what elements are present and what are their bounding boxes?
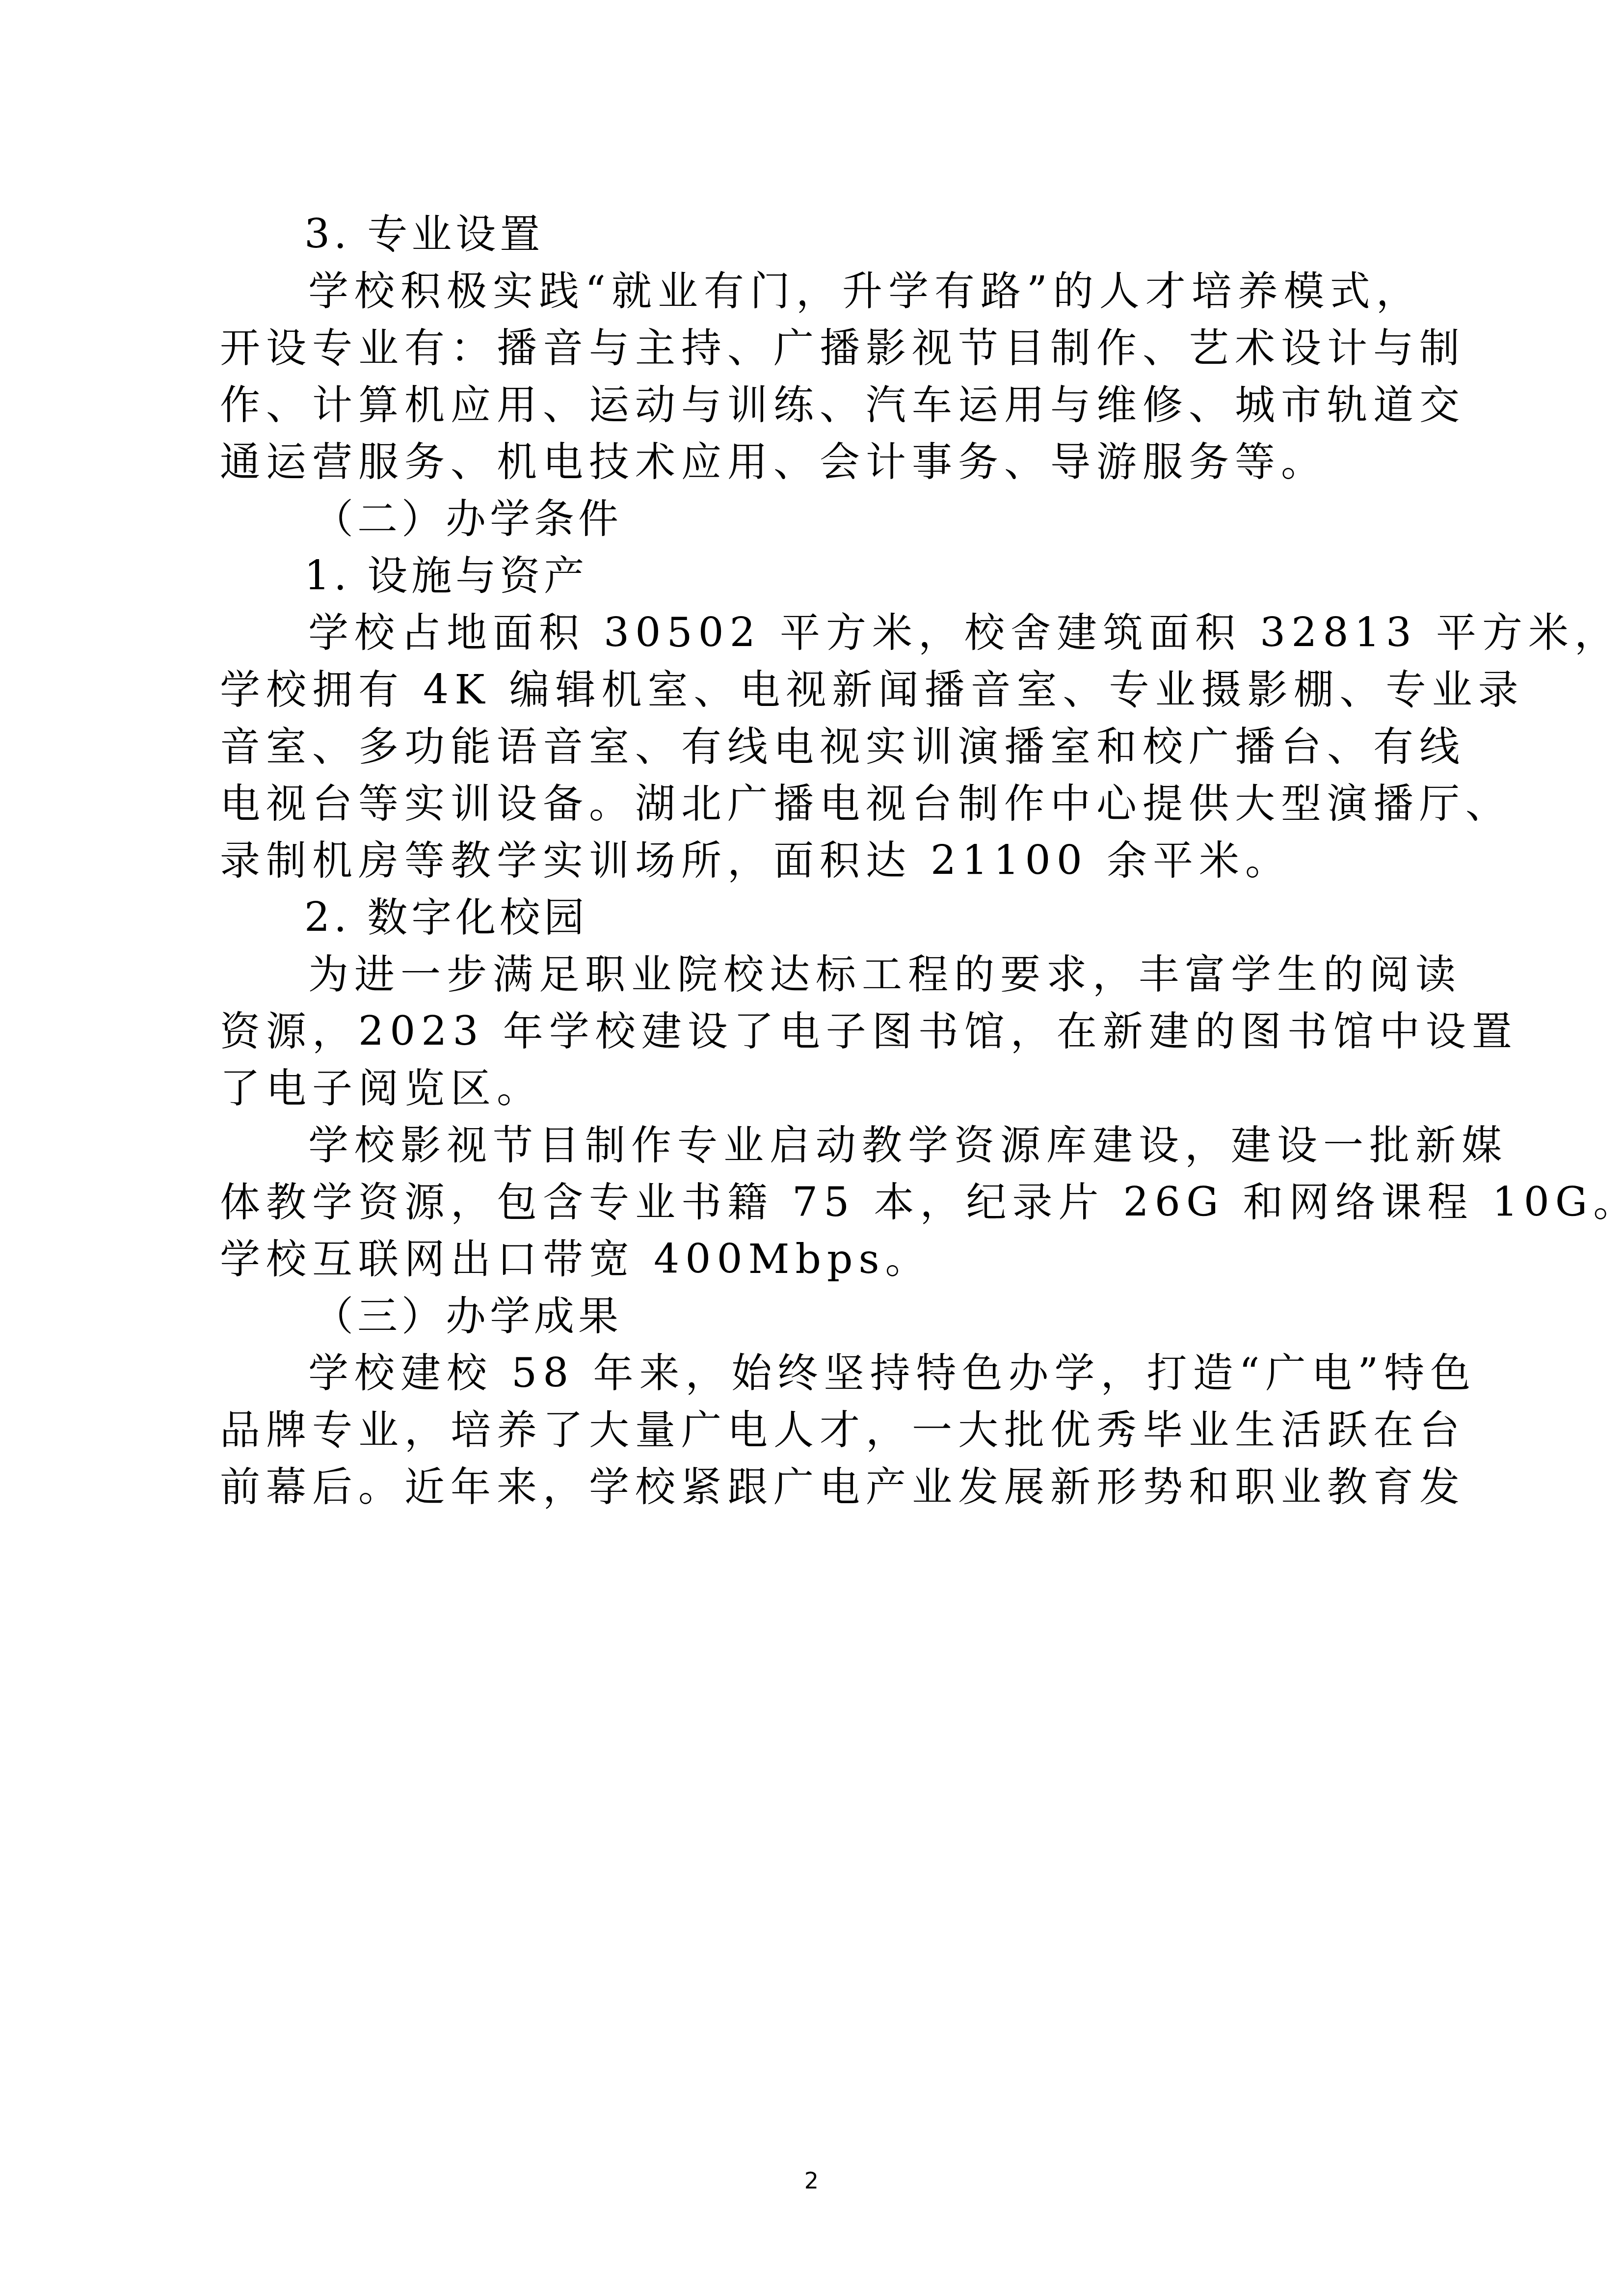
text-line: 为进一步满足职业院校达标工程的要求，丰富学生的阅读: [220, 946, 1408, 1003]
document-page: 3. 专业设置 学校积极实践“就业有门，升学有路”的人才培养模式， 开设专业有：…: [0, 0, 1623, 2296]
paragraph-digital-library: 为进一步满足职业院校达标工程的要求，丰富学生的阅读 资源，2023 年学校建设了…: [220, 946, 1408, 1117]
text-line: 学校建校 58 年来，始终坚持特色办学，打造“广电”特色: [220, 1345, 1408, 1402]
section-heading-school-conditions: （二）办学条件: [313, 491, 1408, 548]
text-line: 开设专业有：播音与主持、广播影视节目制作、艺术设计与制: [220, 320, 1408, 377]
text-line: 音室、多功能语音室、有线电视实训演播室和校广播台、有线: [220, 719, 1408, 776]
text-line: 品牌专业，培养了大量广电人才，一大批优秀毕业生活跃在台: [220, 1402, 1408, 1459]
text-line: 学校积极实践“就业有门，升学有路”的人才培养模式，: [220, 263, 1408, 320]
text-line: 作、计算机应用、运动与训练、汽车运用与维修、城市轨道交: [220, 377, 1408, 434]
text-line: 录制机房等教学实训场所，面积达 21100 余平米。: [220, 833, 1408, 890]
section-heading-facilities-assets: 1. 设施与资产: [304, 548, 1408, 605]
section-heading-digital-campus: 2. 数字化校园: [304, 890, 1408, 946]
paragraph-school-achievements: 学校建校 58 年来，始终坚持特色办学，打造“广电”特色 品牌专业，培养了大量广…: [220, 1345, 1408, 1516]
section-heading-major-settings: 3. 专业设置: [304, 206, 1408, 263]
text-line: 学校影视节目制作专业启动教学资源库建设，建设一批新媒: [220, 1117, 1408, 1174]
text-line: 体教学资源，包含专业书籍 75 本，纪录片 26G 和网络课程 10G。: [220, 1174, 1408, 1231]
text-line: 电视台等实训设备。湖北广播电视台制作中心提供大型演播厅、: [220, 776, 1408, 833]
section-heading-school-achievements: （三）办学成果: [313, 1288, 1408, 1345]
text-line: 了电子阅览区。: [220, 1060, 1408, 1117]
text-line: 学校互联网出口带宽 400Mbps。: [220, 1231, 1408, 1288]
text-line: 通运营服务、机电技术应用、会计事务、导游服务等。: [220, 434, 1408, 491]
text-line: 前幕后。近年来，学校紧跟广电产业发展新形势和职业教育发: [220, 1459, 1408, 1516]
text-line: 资源，2023 年学校建设了电子图书馆，在新建的图书馆中设置: [220, 1003, 1408, 1060]
paragraph-facilities-assets: 学校占地面积 30502 平方米，校舍建筑面积 32813 平方米， 学校拥有 …: [220, 605, 1408, 890]
document-body: 3. 专业设置 学校积极实践“就业有门，升学有路”的人才培养模式， 开设专业有：…: [220, 206, 1408, 1516]
page-number: 2: [0, 2167, 1623, 2194]
paragraph-resource-library: 学校影视节目制作专业启动教学资源库建设，建设一批新媒 体教学资源，包含专业书籍 …: [220, 1117, 1408, 1288]
text-line: 学校拥有 4K 编辑机室、电视新闻播音室、专业摄影棚、专业录: [220, 662, 1408, 719]
text-line: 学校占地面积 30502 平方米，校舍建筑面积 32813 平方米，: [220, 605, 1408, 662]
paragraph-major-settings: 学校积极实践“就业有门，升学有路”的人才培养模式， 开设专业有：播音与主持、广播…: [220, 263, 1408, 491]
